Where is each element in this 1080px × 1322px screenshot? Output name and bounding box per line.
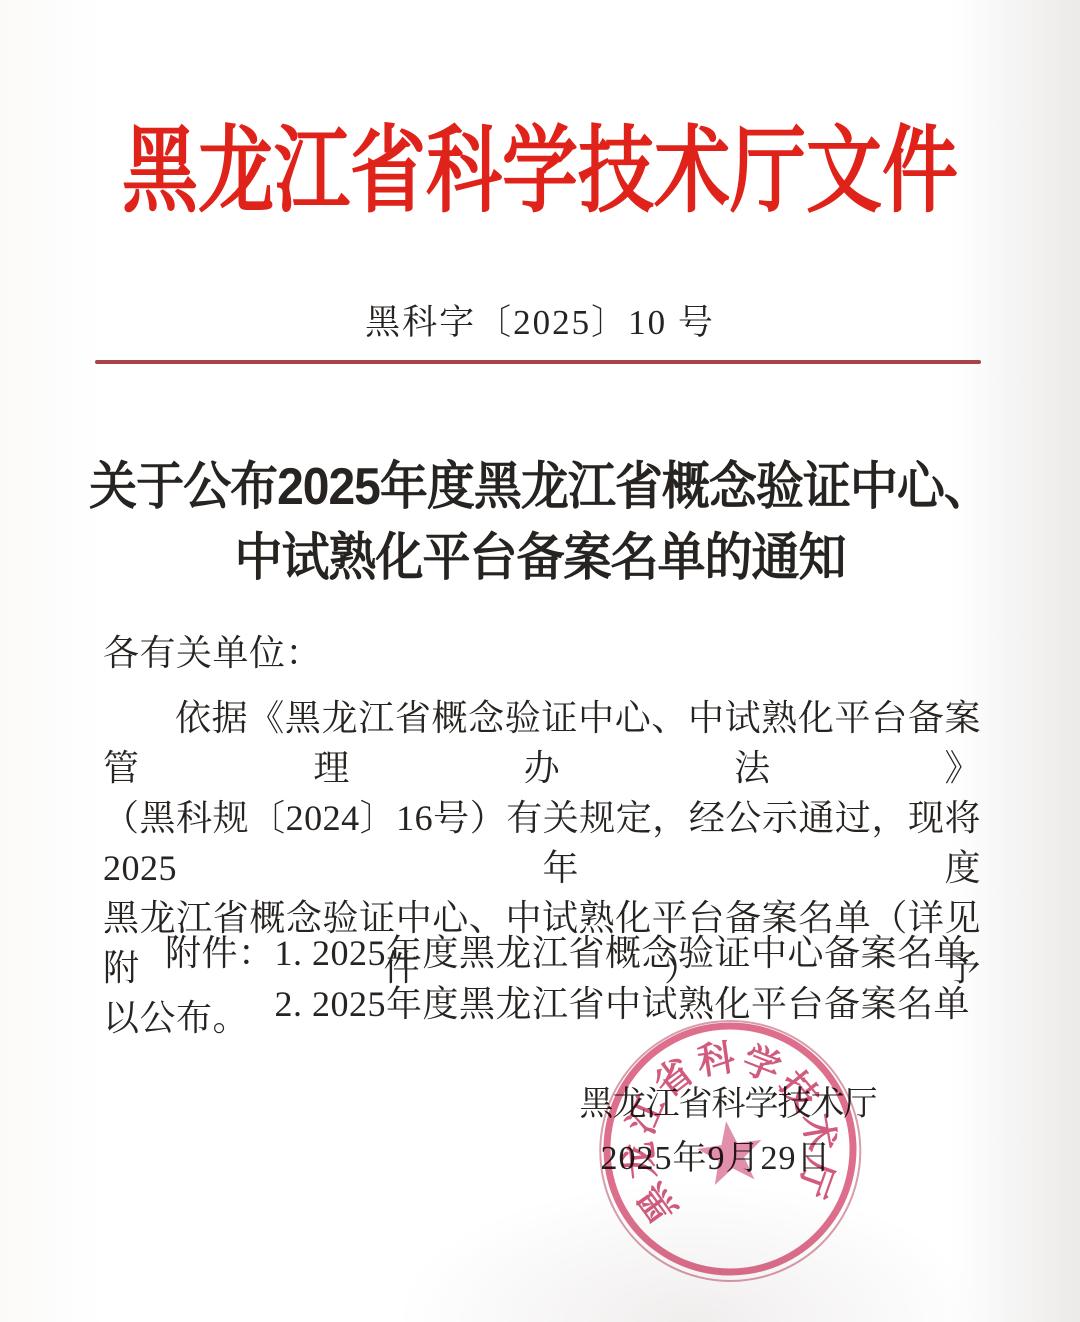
body-line-1: 依据《黑龙江省概念验证中心、中试熟化平台备案管理办法》 <box>103 693 981 793</box>
official-document-page: 黑龙江省科学技术厅文件 黑科字〔2025〕10 号 关于公布2025年度黑龙江省… <box>0 0 1080 1322</box>
attachment-item-2: 2. 2025年度黑龙江省中试熟化平台备案名单 <box>275 979 971 1030</box>
header-divider-rule <box>95 360 981 364</box>
attachment-label: 附件： <box>165 928 275 1030</box>
body-line-2: （黑科规〔2024〕16号）有关规定，经公示通过，现将2025年度 <box>103 793 981 893</box>
salutation: 各有关单位： <box>103 628 981 678</box>
notice-title: 关于公布2025年度黑龙江省概念验证中心、 中试熟化平台备案名单的通知 <box>0 452 1080 595</box>
official-seal-stamp: 黑龙江省科学技术厅 <box>580 999 880 1299</box>
agency-masthead-title: 黑龙江省科学技术厅文件 <box>0 58 1080 287</box>
document-number: 黑科字〔2025〕10 号 <box>0 298 1080 348</box>
notice-title-line2: 中试熟化平台备案名单的通知 <box>0 523 1080 594</box>
notice-title-line1: 关于公布2025年度黑龙江省概念验证中心、 <box>0 452 1080 523</box>
attachment-list: 附件： 1. 2025年度黑龙江省概念验证中心备案名单 2. 2025年度黑龙江… <box>165 928 970 1030</box>
seal-star-icon <box>694 1117 767 1187</box>
attachment-item-1: 1. 2025年度黑龙江省概念验证中心备案名单 <box>275 928 971 979</box>
